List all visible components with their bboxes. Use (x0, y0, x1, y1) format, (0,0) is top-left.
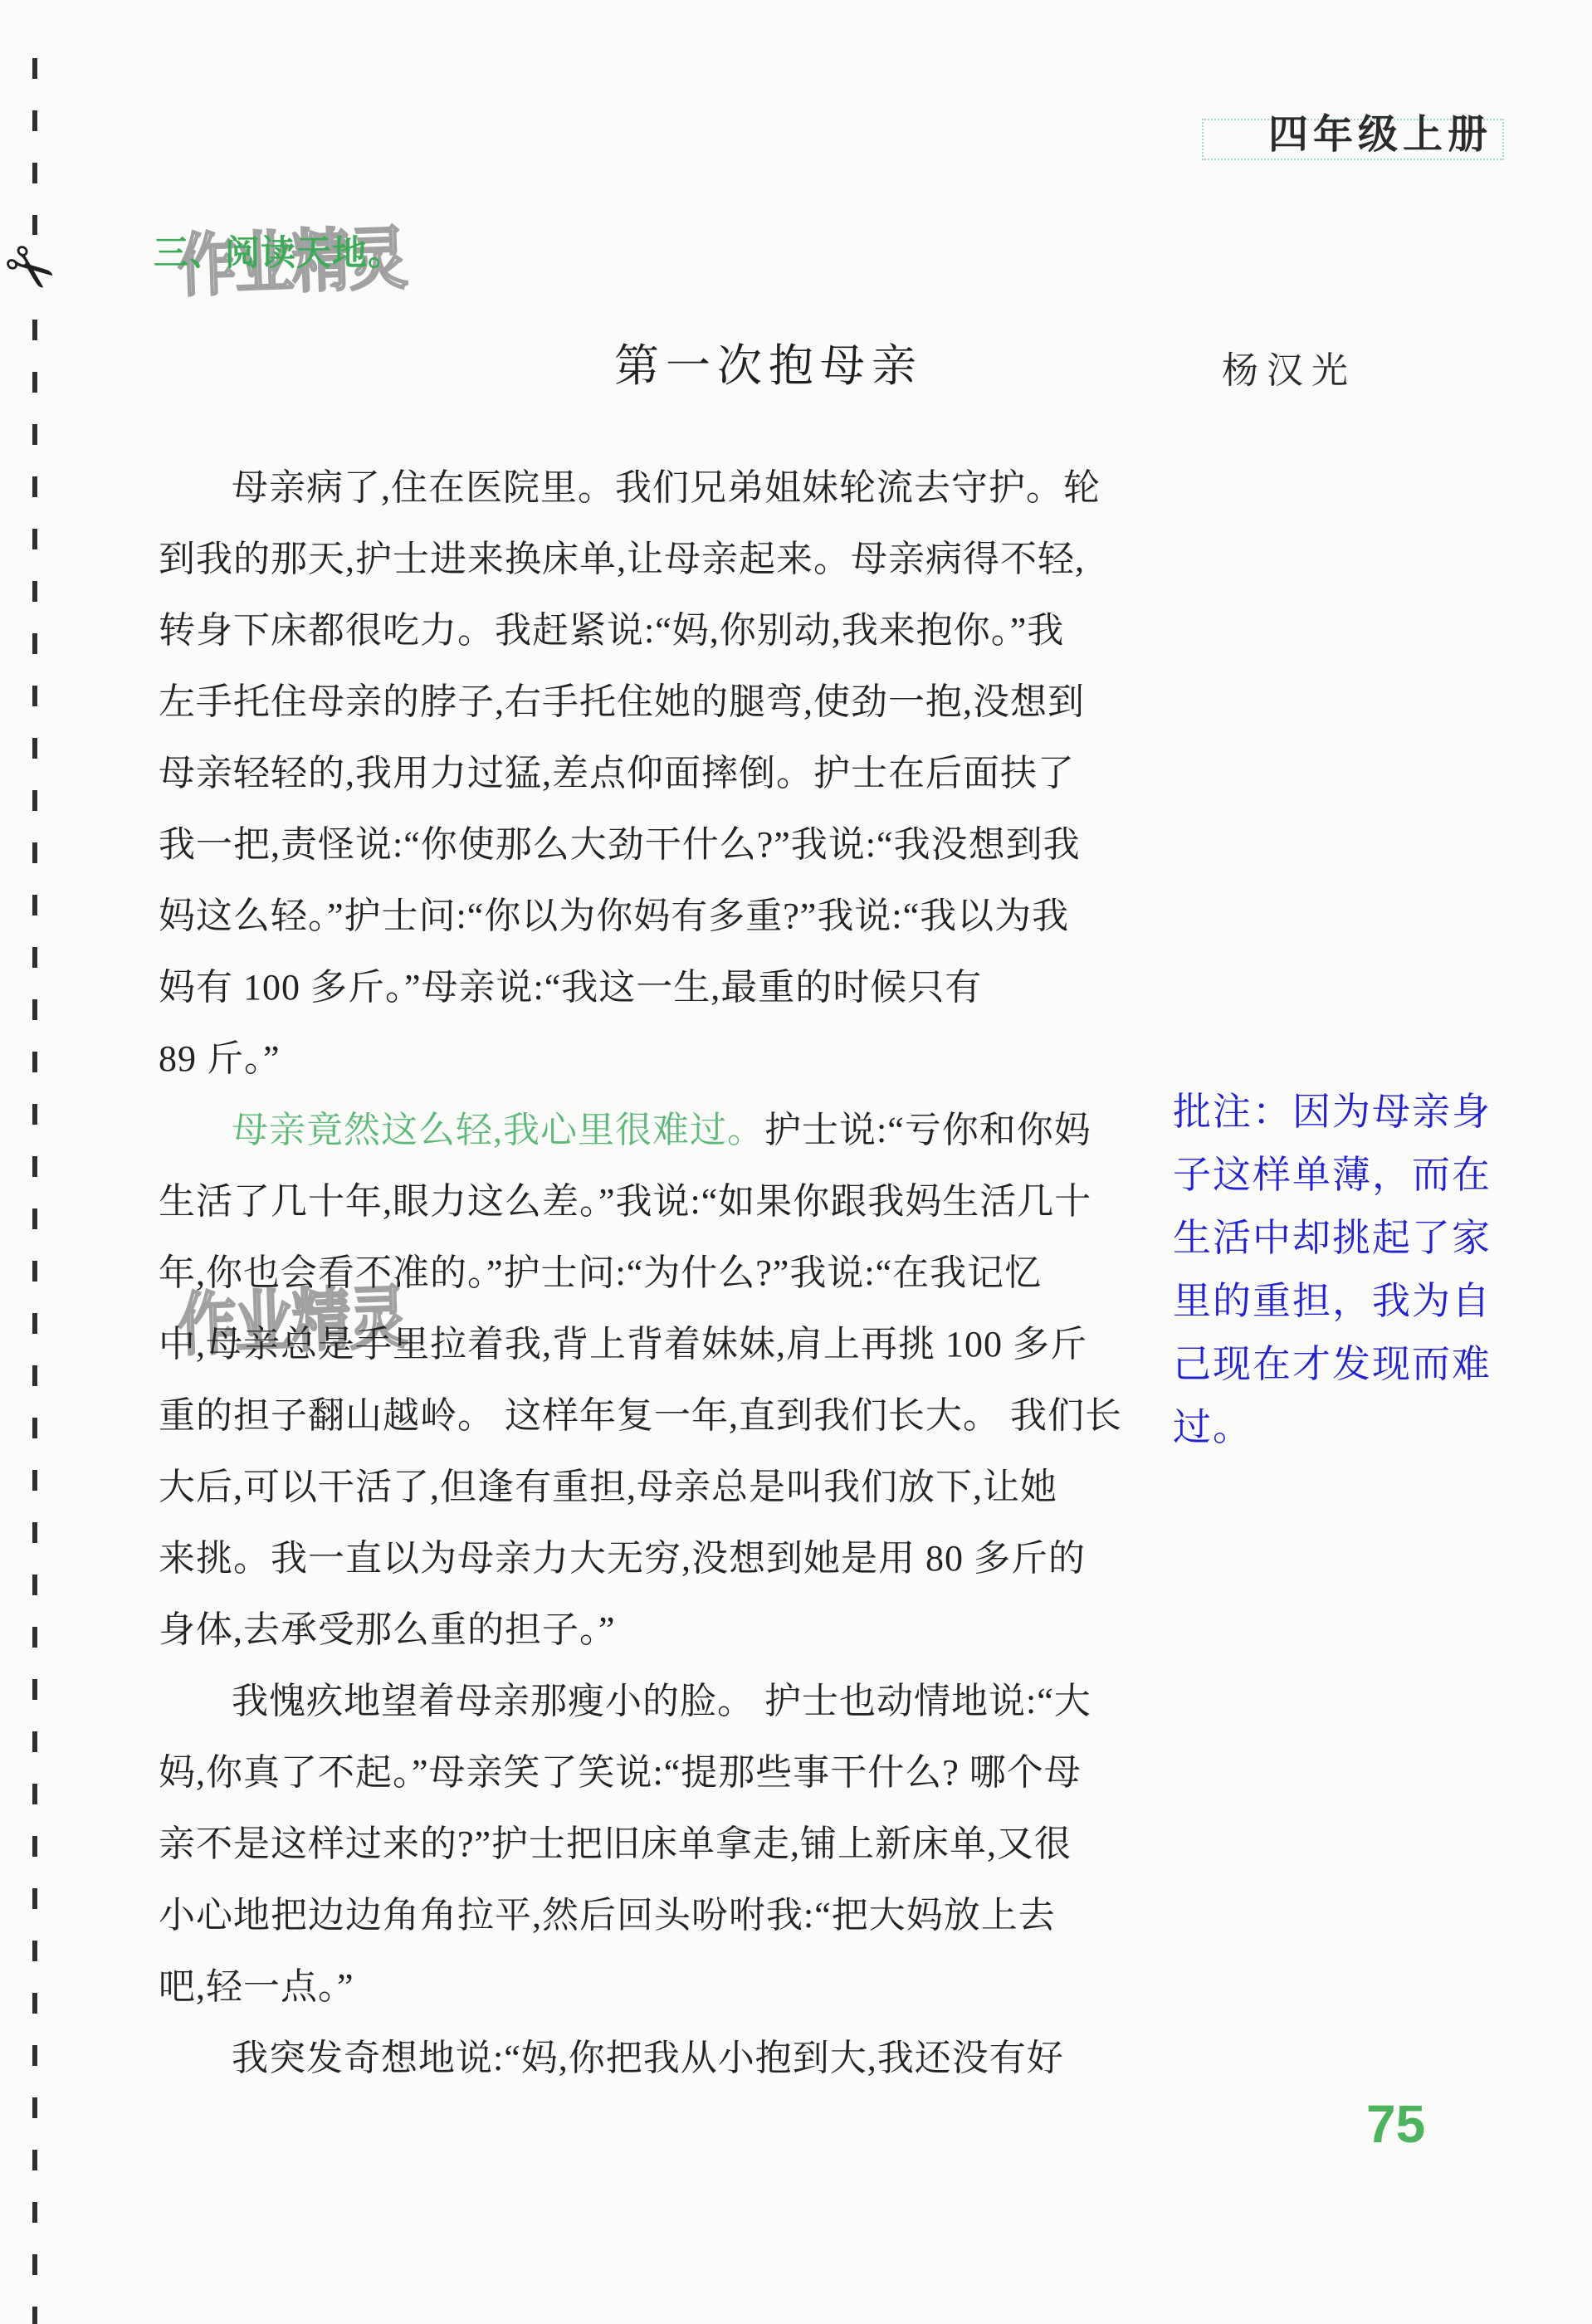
annotation-line: 过。 (1173, 1396, 1492, 1459)
text-line: 母亲病了,住在医院里。我们兄弟姐妹轮流去守护。轮 (159, 452, 1122, 524)
scissors-icon: ✂ (0, 230, 68, 308)
highlighted-sentence: 母亲竟然这么轻,我心里很难过。 (232, 1110, 764, 1150)
page-number: 75 (1366, 2093, 1425, 2155)
text-line: 妈,你真了不起。”母亲笑了笑说:“提那些事干什么? 哪个母 (159, 1737, 1122, 1809)
text-line: 中,母亲总是手里拉着我,背上背着妹妹,肩上再挑 100 多斤 (159, 1309, 1122, 1380)
grade-header-label: 四年级上册 (1268, 102, 1492, 159)
text-line: 我一把,责怪说:“你使那么大劲干什么?”我说:“我没想到我 (159, 809, 1122, 881)
text-line: 小心地把边边角角拉平,然后回头吩咐我:“把大妈放上去 (159, 1880, 1122, 1951)
cut-dashed-line (32, 58, 37, 2324)
text-line: 母亲轻轻的,我用力过猛,差点仰面摔倒。护士在后面扶了 (159, 738, 1122, 809)
text-line: 吧,轻一点。” (159, 1951, 1122, 2023)
annotation-line: 生活中却挑起了家 (1173, 1207, 1492, 1270)
article-title: 第一次抱母亲 (614, 330, 923, 394)
text-line: 亲不是这样过来的?”护士把旧床单拿走,铺上新床单,又很 (159, 1809, 1122, 1880)
text-line: 左手托住母亲的脖子,右手托住她的腿弯,使劲一抱,没想到 (159, 666, 1122, 738)
annotation-line: 批注：因为母亲身 (1173, 1081, 1492, 1144)
text-line: 年,你也会看不准的。”护士问:“为什么?”我说:“在我记忆 (159, 1238, 1122, 1309)
text-line: 妈这么轻。”护士问:“你以为你妈有多重?”我说:“我以为我 (159, 881, 1122, 952)
text-line: 生活了几十年,眼力这么差。”我说:“如果你跟我妈生活几十 (159, 1166, 1122, 1238)
article-body: 母亲病了,住在医院里。我们兄弟姐妹轮流去守护。轮 到我的那天,护士进来换床单,让… (159, 452, 1122, 2094)
text-line: 母亲竟然这么轻,我心里很难过。护士说:“亏你和你妈 (159, 1095, 1122, 1166)
text-line: 妈有 100 多斤。”母亲说:“我这一生,最重的时候只有 (159, 952, 1122, 1023)
annotation-line: 里的重担，我为自 (1173, 1270, 1492, 1333)
text-line: 我愧疚地望着母亲那瘦小的脸。 护士也动情地说:“大 (159, 1666, 1122, 1737)
text-line: 身体,去承受那么重的担子。” (159, 1594, 1122, 1666)
text-run: 护士说:“亏你和你妈 (764, 1110, 1091, 1150)
section-heading: 三、阅读天地。 (154, 226, 403, 276)
text-line: 我突发奇想地说:“妈,你把我从小抱到大,我还没有好 (159, 2023, 1122, 2094)
text-line: 89 斤。” (159, 1023, 1122, 1095)
grade-header-box: 四年级上册 (1202, 119, 1504, 160)
workbook-page: ✂ 四年级上册 作业精灵 作业精灵 三、阅读天地。 第一次抱母亲 杨汉光 母亲病… (0, 0, 1592, 2324)
text-line: 到我的那天,护士进来换床单,让母亲起来。母亲病得不轻, (159, 524, 1122, 595)
text-line: 大后,可以干活了,但逢有重担,母亲总是叫我们放下,让她 (159, 1452, 1122, 1523)
annotation-line: 己现在才发现而难 (1173, 1333, 1492, 1396)
text-line: 重的担子翻山越岭。 这样年复一年,直到我们长大。 我们长 (159, 1380, 1122, 1452)
text-line: 来挑。我一直以为母亲力大无穷,没想到她是用 80 多斤的 (159, 1523, 1122, 1594)
annotation-note: 批注：因为母亲身 子这样单薄，而在 生活中却挑起了家 里的重担，我为自 己现在才… (1173, 1081, 1492, 1459)
text-line: 转身下床都很吃力。我赶紧说:“妈,你别动,我来抱你。”我 (159, 595, 1122, 666)
annotation-line: 子这样单薄，而在 (1173, 1144, 1492, 1207)
article-author: 杨汉光 (1222, 340, 1356, 393)
